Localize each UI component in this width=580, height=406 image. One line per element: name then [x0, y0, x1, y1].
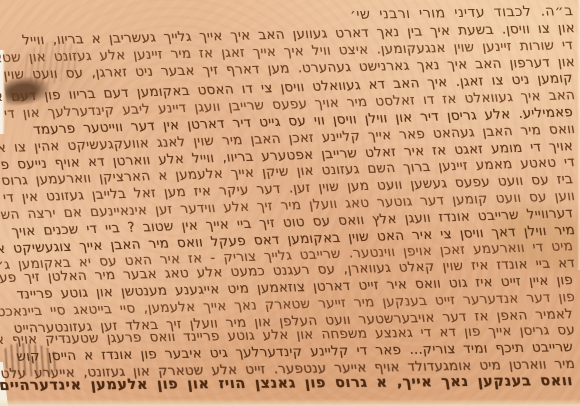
scanned-letter: ב״ה. לכבוד עדיני מורי ורבני שי׳ און צו ו… [0, 0, 580, 406]
scan-edge-bottom [0, 399, 580, 406]
handwritten-text-block: ב״ה. לכבוד עדיני מורי ורבני שי׳ און צו ו… [0, 2, 576, 390]
